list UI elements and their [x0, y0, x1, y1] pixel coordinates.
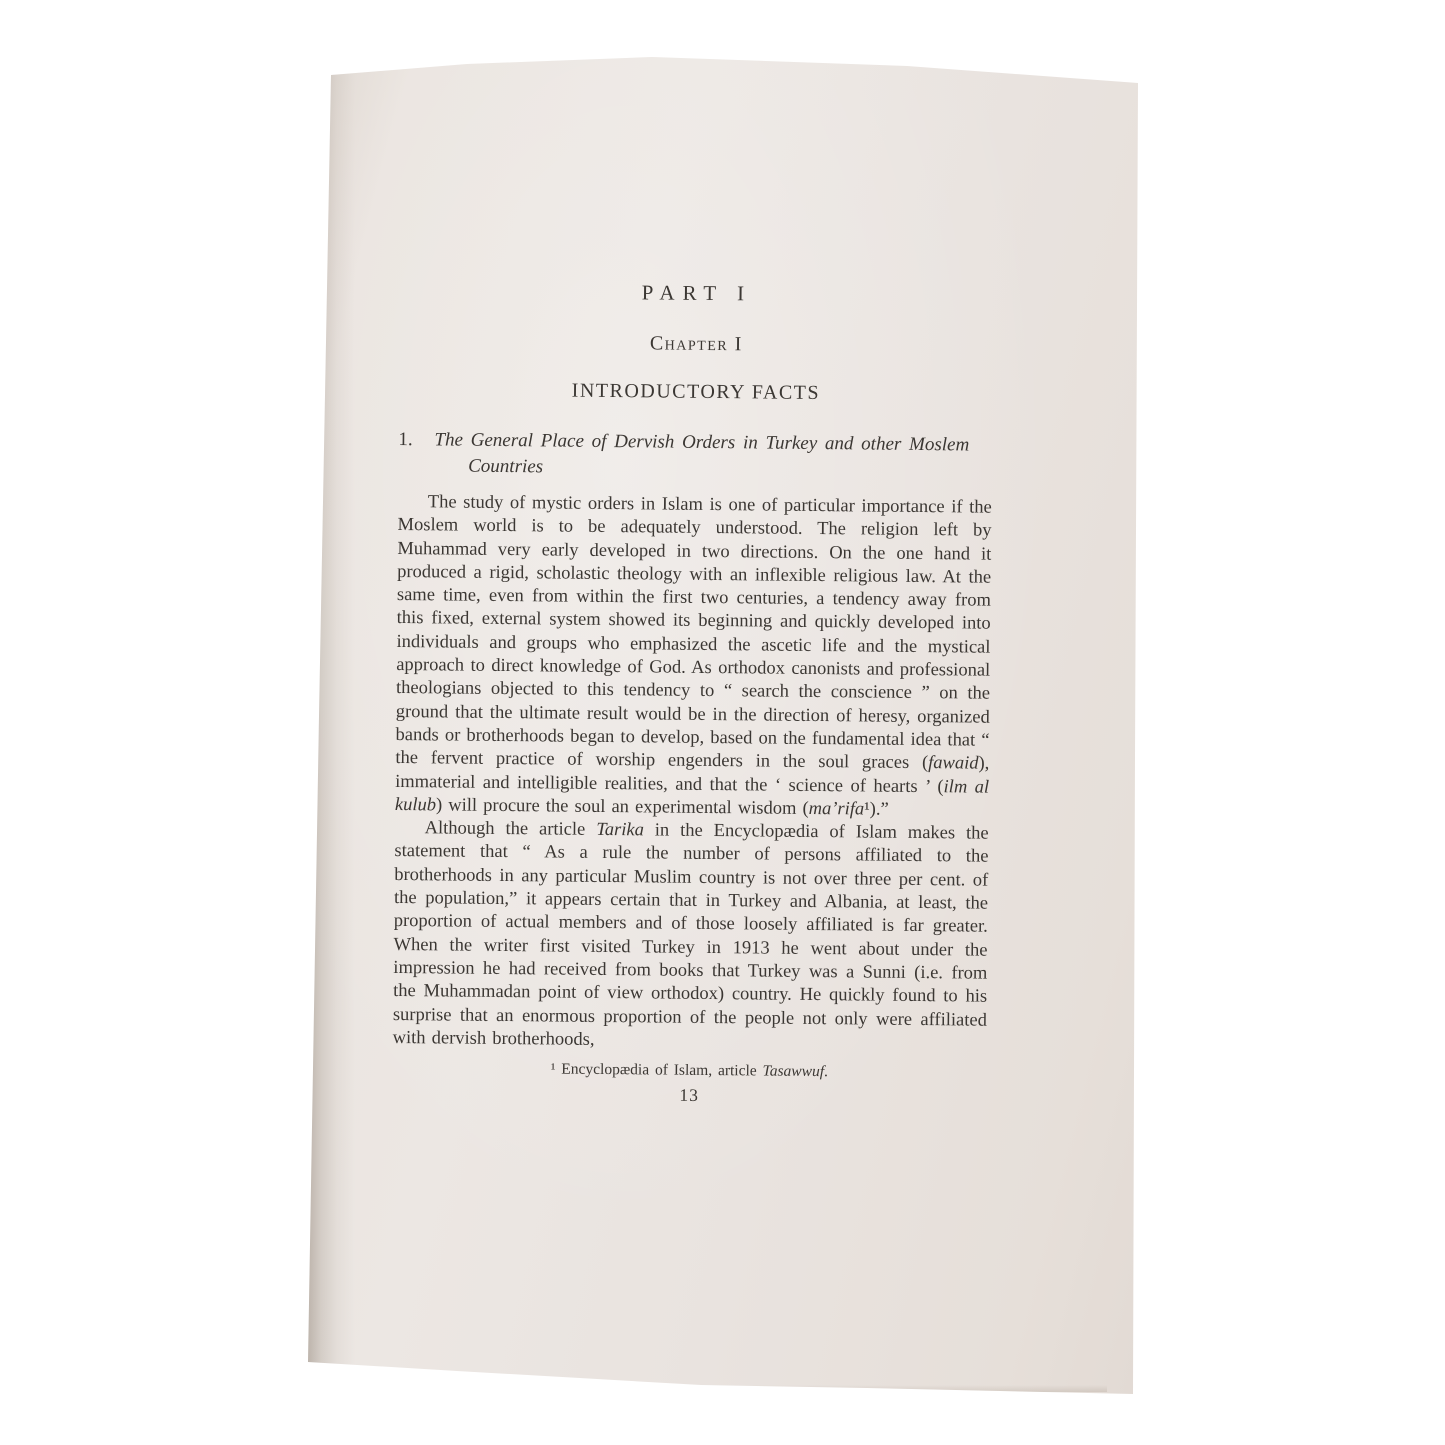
book-page: PART I Chapter I INTRODUCTORY FACTS 1. T… — [307, 56, 1139, 1394]
page-spine-fold — [307, 56, 355, 1394]
subsection-title: The General Place of Dervish Orders in T… — [434, 429, 969, 477]
page-number: 13 — [392, 1082, 986, 1109]
body-paragraph: The study of mystic orders in Islam is o… — [395, 491, 992, 823]
photo-background: PART I Chapter I INTRODUCTORY FACTS 1. T… — [0, 0, 1445, 1445]
body-paragraph: Although the article Tarika in the Encyc… — [393, 817, 989, 1056]
subsection-heading: 1. The General Place of Dervish Orders i… — [398, 427, 992, 484]
part-heading: PART I — [400, 278, 994, 308]
footnote: ¹ Encyclopædia of Islam, article Tasawwu… — [392, 1059, 986, 1083]
section-title: INTRODUCTORY FACTS — [399, 378, 993, 407]
subsection-number: 1. — [398, 427, 412, 453]
chapter-heading: Chapter I — [399, 330, 993, 359]
page-content: PART I Chapter I INTRODUCTORY FACTS 1. T… — [392, 56, 996, 1109]
page-bottom-edge — [367, 1385, 1107, 1392]
